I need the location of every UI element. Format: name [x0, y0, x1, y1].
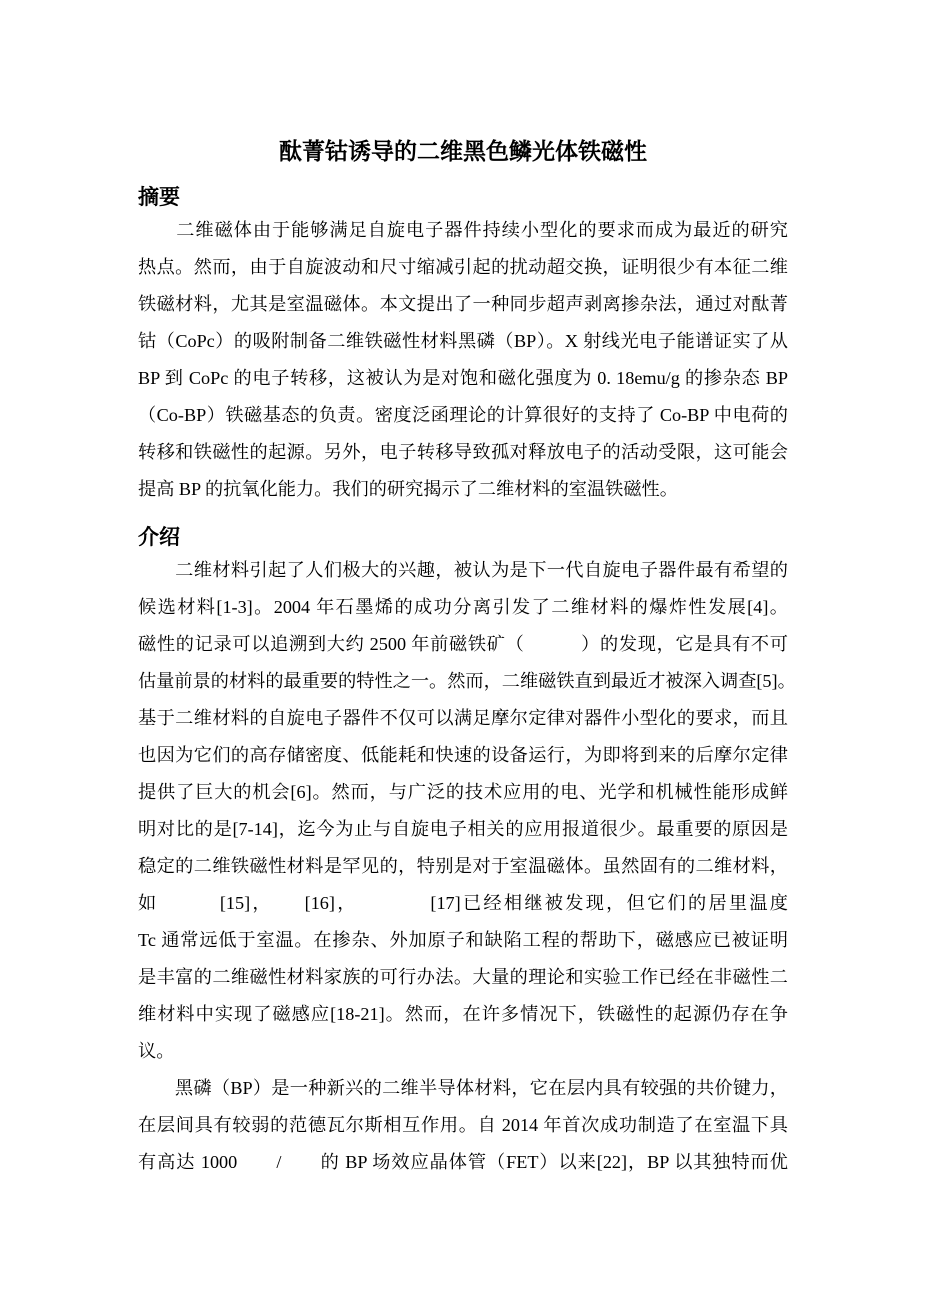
abstract-paragraph: 二维磁体由于能够满足自旋电子器件持续小型化的要求而成为最近的研究 热点。然而，由… — [138, 212, 788, 508]
text-line: 候选材料[1-3]。2004 年石墨烯的成功分离引发了二维材料的爆炸性发展[4]… — [138, 589, 788, 626]
text-line: 磁性的记录可以追溯到大约 2500 年前磁铁矿（ ）的发现，它是具有不可 — [138, 626, 788, 663]
text-line: 是丰富的二维磁性材料家族的可行办法。大量的理论和实验工作已经在非磁性二 — [138, 959, 788, 996]
text-line: 二维磁体由于能够满足自旋电子器件持续小型化的要求而成为最近的研究 — [138, 212, 788, 249]
text-line: 热点。然而，由于自旋波动和尺寸缩减引起的扰动超交换，证明很少有本征二维 — [138, 249, 788, 286]
text-line: 稳定的二维铁磁性材料是罕见的，特别是对于室温磁体。虽然固有的二维材料， — [138, 848, 788, 885]
text-line: 如 [15]， [16]， [17]已经相继被发现，但它们的居里温度 — [138, 885, 788, 922]
document-page: 酞菁钴诱导的二维黑色鳞光体铁磁性 摘要 二维磁体由于能够满足自旋电子器件持续小型… — [0, 0, 926, 1309]
section-heading-abstract: 摘要 — [138, 184, 788, 212]
text-line: 转移和铁磁性的起源。另外，电子转移导致孤对释放电子的活动受限，这可能会 — [138, 434, 788, 471]
introduction-paragraph-2: 黑磷（BP）是一种新兴的二维半导体材料，它在层内具有较强的共价键力， 在层间具有… — [138, 1070, 788, 1181]
text-line: Tc 通常远低于室温。在掺杂、外加原子和缺陷工程的帮助下，磁感应已被证明 — [138, 922, 788, 959]
text-line: 明对比的是[7-14]，迄今为止与自旋电子相关的应用报道很少。最重要的原因是 — [138, 811, 788, 848]
text-line: 二维材料引起了人们极大的兴趣，被认为是下一代自旋电子器件最有希望的 — [138, 552, 788, 589]
text-line: 铁磁材料，尤其是室温磁体。本文提出了一种同步超声剥离掺杂法，通过对酞菁 — [138, 286, 788, 323]
text-line: （Co-BP）铁磁基态的负责。密度泛函理论的计算很好的支持了 Co-BP 中电荷… — [138, 397, 788, 434]
introduction-paragraph-1: 二维材料引起了人们极大的兴趣，被认为是下一代自旋电子器件最有希望的 候选材料[1… — [138, 552, 788, 1070]
text-line: 在层间具有较弱的范德瓦尔斯相互作用。自 2014 年首次成功制造了在室温下具 — [138, 1107, 788, 1144]
text-line: BP 到 CoPc 的电子转移，这被认为是对饱和磁化强度为 0. 18emu/g… — [138, 360, 788, 397]
text-line: 基于二维材料的自旋电子器件不仅可以满足摩尔定律对器件小型化的要求，而且 — [138, 700, 788, 737]
text-line: 提高 BP 的抗氧化能力。我们的研究揭示了二维材料的室温铁磁性。 — [138, 471, 788, 508]
text-line: 黑磷（BP）是一种新兴的二维半导体材料，它在层内具有较强的共价键力， — [138, 1070, 788, 1107]
text-line: 钴（CoPc）的吸附制备二维铁磁性材料黑磷（BP）。X 射线光电子能谱证实了从 — [138, 323, 788, 360]
text-line: 也因为它们的高存储密度、低能耗和快速的设备运行，为即将到来的后摩尔定律 — [138, 737, 788, 774]
text-line: 提供了巨大的机会[6]。然而，与广泛的技术应用的电、光学和机械性能形成鲜 — [138, 774, 788, 811]
document-title: 酞菁钴诱导的二维黑色鳞光体铁磁性 — [138, 136, 788, 166]
text-line: 估量前景的材料的最重要的特性之一。然而，二维磁铁直到最近才被深入调查[5]。 — [138, 663, 788, 700]
text-line: 有高达 1000 / 的 BP 场效应晶体管（FET）以来[22]，BP 以其独… — [138, 1144, 788, 1181]
section-heading-introduction: 介绍 — [138, 524, 788, 552]
text-line: 议。 — [138, 1033, 788, 1070]
text-line: 维材料中实现了磁感应[18-21]。然而，在许多情况下，铁磁性的起源仍存在争 — [138, 996, 788, 1033]
